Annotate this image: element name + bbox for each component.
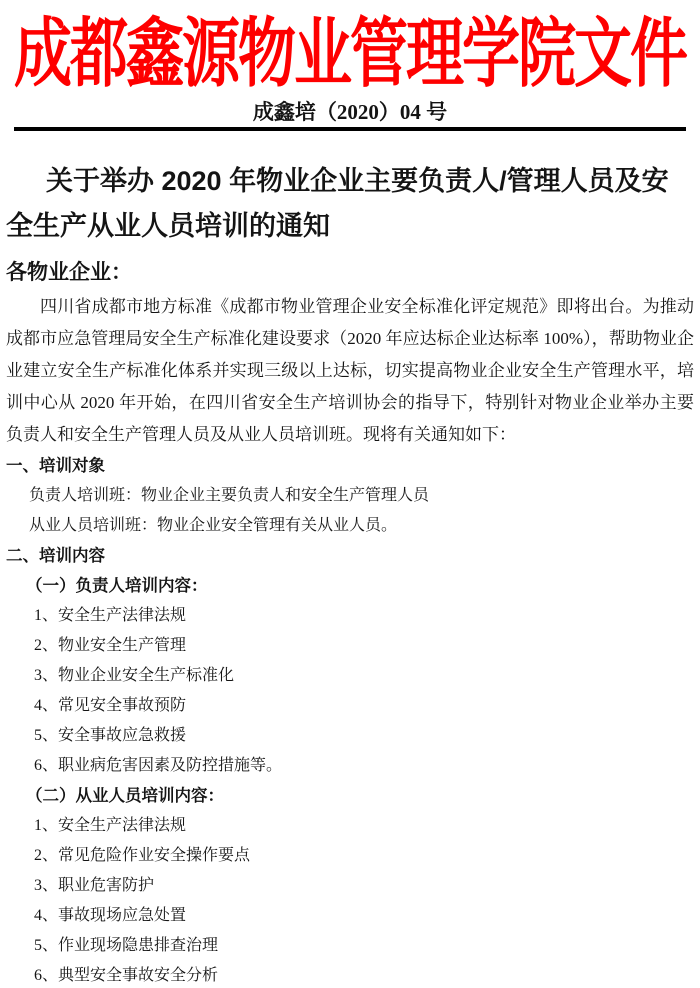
section-line: 从业人员培训班：物业企业安全管理有关从业人员。 <box>6 511 694 541</box>
list-item: 2、常见危险作业安全操作要点 <box>6 841 694 871</box>
outline: 一、培训对象 负责人培训班：物业企业主要负责人和安全生产管理人员 从业人员培训班… <box>6 451 694 988</box>
doc-title-line: 关于举办 2020 年物业企业主要负责人/管理人员及安 <box>6 159 694 204</box>
section-line: 负责人培训班：物业企业主要负责人和安全生产管理人员 <box>6 481 694 511</box>
list-item: 4、常见安全事故预防 <box>6 691 694 721</box>
list-item: 5、作业现场隐患排查治理 <box>6 931 694 961</box>
doc-title: 关于举办 2020 年物业企业主要负责人/管理人员及安 全生产从业人员培训的通知 <box>6 159 694 249</box>
header-rule <box>14 127 686 131</box>
list-item: 3、物业企业安全生产标准化 <box>6 661 694 691</box>
document-letterhead: 成都鑫源物业管理学院文件 <box>6 0 694 94</box>
doc-title-line: 全生产从业人员培训的通知 <box>6 204 694 249</box>
section-heading-1: 一、培训对象 <box>6 451 694 481</box>
subsection-heading-1: （一）负责人培训内容： <box>6 571 694 601</box>
list-item: 5、安全事故应急救援 <box>6 721 694 751</box>
subsection-heading-2: （二）从业人员培训内容： <box>6 781 694 811</box>
list-item: 1、安全生产法律法规 <box>6 811 694 841</box>
list-item: 4、事故现场应急处置 <box>6 901 694 931</box>
section-heading-2: 二、培训内容 <box>6 541 694 571</box>
intro-paragraph: 四川省成都市地方标准《成都市物业管理企业安全标准化评定规范》即将出台。为推动成都… <box>6 291 694 451</box>
list-item: 1、安全生产法律法规 <box>6 601 694 631</box>
org-title: 成都鑫源物业管理学院文件 <box>14 0 686 102</box>
list-item: 6、典型安全事故安全分析 <box>6 961 694 988</box>
document-page: 成都鑫源物业管理学院文件 成鑫培（2020）04 号 关于举办 2020 年物业… <box>0 0 700 988</box>
list-item: 3、职业危害防护 <box>6 871 694 901</box>
salutation: 各物业企业： <box>6 257 694 287</box>
doc-number: 成鑫培（2020）04 号 <box>6 100 694 124</box>
list-item: 6、职业病危害因素及防控措施等。 <box>6 751 694 781</box>
list-item: 2、物业安全生产管理 <box>6 631 694 661</box>
